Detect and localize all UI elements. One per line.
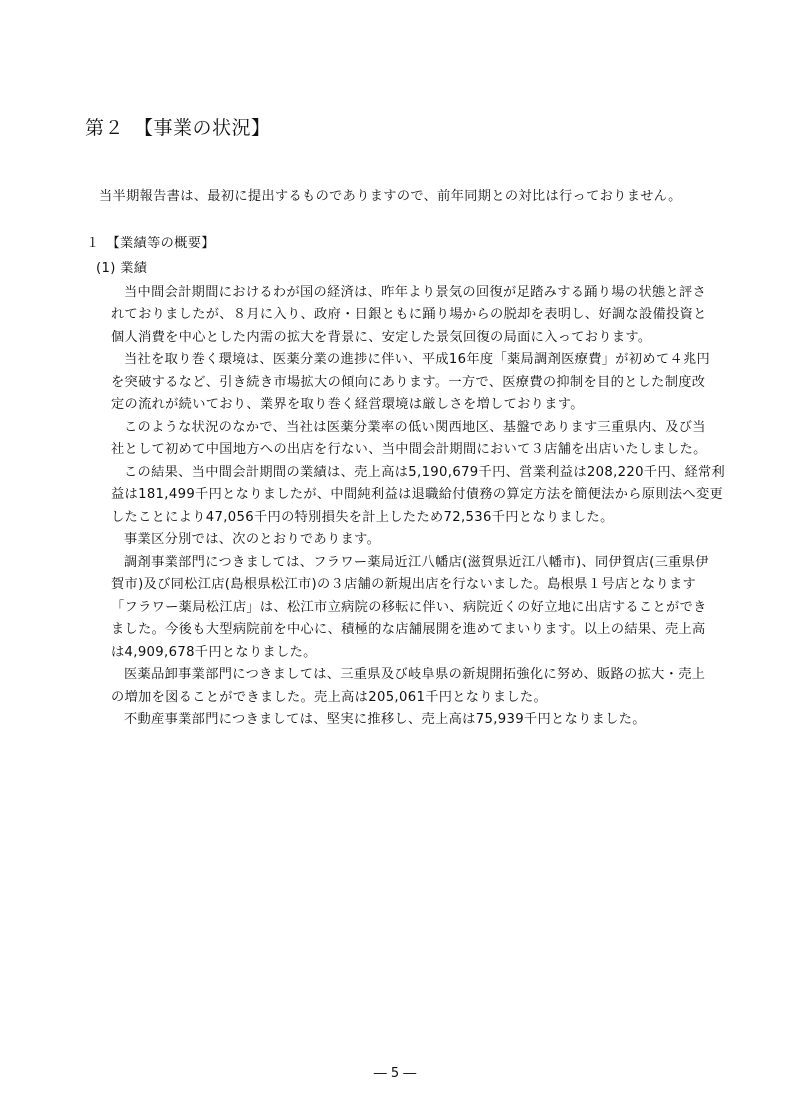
body-line: 医薬品卸事業部門につきましては、三重県及び岐阜県の新規開拓強化に努め、販路の拡大… xyxy=(124,667,705,683)
intro-paragraph: 当半期報告書は、最初に提出するものでありますので、前年同期との対比は行っておりま… xyxy=(99,189,682,205)
body-line: れておりましたが、８月に入り、政府・日銀ともに踊り場からの脱却を表明し、好調な設… xyxy=(111,307,707,323)
body-line: 個人消費を中心とした内需の拡大を背景に、安定した景気回復の局面に入っております。 xyxy=(111,330,651,346)
body-line: 不動産事業部門につきましては、堅実に推移し、売上高は75,939千円となりました… xyxy=(124,712,646,728)
body-line: 事業区分別では、次のとおりであります。 xyxy=(124,532,380,548)
chapter-heading: 第２ 【事業の状況】 xyxy=(85,116,271,140)
body-line: 「フラワー薬局松江店」は、松江市立病院の移転に伴い、病院近くの好立地に出店するこ… xyxy=(111,600,707,616)
body-line: 社として初めて中国地方への出店を行ない、当中間会計期間において３店舗を出店いたし… xyxy=(111,442,707,458)
body-line: の増加を図ることができました。売上高は205,061千円となりました。 xyxy=(111,690,547,706)
subsection-title: (1) 業績 xyxy=(96,261,147,277)
body-line: 当中間会計期間におけるわが国の経済は、昨年より景気の回復が足踏みする踊り場の状態… xyxy=(124,285,706,301)
body-line: この結果、当中間会計期間の業績は、売上高は5,190,679千円、営業利益は20… xyxy=(124,465,725,481)
section-title: １ 【業績等の概要】 xyxy=(86,236,215,252)
body-line: ました。今後も大型病院前を中心に、積極的な店舗展開を進めてまいります。以上の結果… xyxy=(111,622,706,638)
body-line: したことにより47,056千円の特別損失を計上したため72,536千円となりまし… xyxy=(111,510,614,526)
body-line: を突破するなど、引き続き市場拡大の傾向にあります。一方で、医療費の抑制を目的とし… xyxy=(111,375,705,391)
body-line: 益は181,499千円となりましたが、中間純利益は退職給付債務の算定方法を簡便法… xyxy=(111,487,723,503)
body-line: は4,909,678千円となりました。 xyxy=(111,645,317,661)
body-line: このような状況のなかで、当社は医薬分業率の低い関西地区、基盤であります三重県内、… xyxy=(124,420,706,436)
body-line: 調剤事業部門につきましては、フラワー薬局近江八幡店(滋賀県近江八幡市)、同伊賀店… xyxy=(124,555,709,571)
page-number: ― 5 ― xyxy=(0,1066,790,1081)
body-line: 当社を取り巻く環境は、医薬分業の進捗に伴い、平成16年度「薬局調剤医療費」が初め… xyxy=(124,352,710,368)
body-line: 賀市)及び同松江店(島根県松江市)の３店舗の新規出店を行ないました。島根県１号店… xyxy=(111,577,696,593)
body-line: 定の流れが続いており、業界を取り巻く経営環境は厳しさを増しております。 xyxy=(111,397,584,413)
